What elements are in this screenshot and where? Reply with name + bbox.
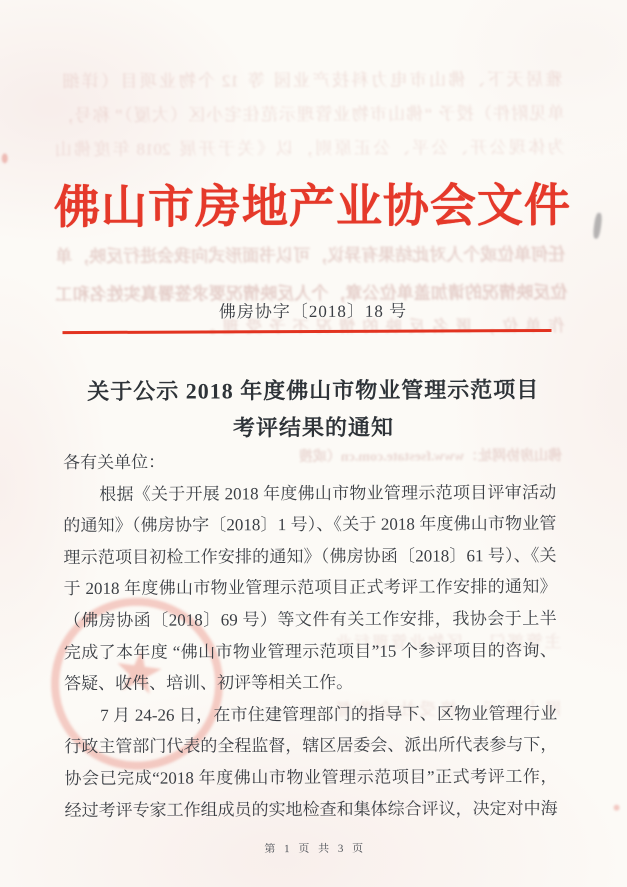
body-line: （佛房协函〔2018〕69 号）等文件有关工作安排，我协会于上半年 [64, 603, 557, 637]
body-line: 协会已完成“2018 年度佛山市物业管理示范项目”正式考评工作， [64, 761, 557, 795]
document-reference-number: 佛房协字〔2018〕18 号 [0, 299, 626, 326]
body-line: 完成了本年度 “佛山市物业管理示范项目”15 个参评项目的咨询、 [64, 635, 557, 669]
body-line: 行政主管部门代表的全程监督，辖区居委会、派出所代表参与下， [64, 729, 557, 763]
bleedthrough-line: 单见附件）授予 “佛山市物业管理示范住宅小区（大厦）” 称号， [57, 103, 565, 127]
body-line: 7 月 24-26 日，在市住建管理部门的指导下、区物业管理行业 [64, 698, 557, 732]
scan-speck-artifact [614, 805, 620, 811]
page-number-footer: 第 1 页 共 3 页 [2, 839, 627, 860]
red-separator-line [63, 329, 552, 334]
document-header-title: 佛山市房地产业协会文件 [0, 169, 626, 246]
document-title-line-1: 关于公示 2018 年度佛山市物业管理示范项目 [40, 371, 587, 410]
body-line: 理示范项目初检工作安排的通知》（佛房协函〔2018〕61 号）、《关 [63, 540, 556, 574]
body-text: 各有关单位：根据《关于开展 2018 年度佛山市物业管理示范项目评审活动的通知》… [63, 445, 558, 826]
document-title: 关于公示 2018 年度佛山市物业管理示范项目 考评结果的通知 [40, 371, 587, 447]
bleedthrough-line: 为体现公开、公平、公正原则，以《关于开展 2018 年度佛山 [55, 137, 565, 161]
scan-speck-artifact [2, 153, 8, 163]
body-line: 答疑、收件、培训、初评等相关工作。 [64, 666, 557, 700]
scanned-document-page: 雅居天下、佛山市电力科技产业园 等 12 个物业项目（详细单见附件）授予 “佛山… [0, 0, 627, 887]
body-line: 根据《关于开展 2018 年度佛山市物业管理示范项目评审活动 [63, 477, 556, 511]
bleedthrough-line: 雅居天下、佛山市电力科技产业园 等 12 个物业项目（详细 [62, 69, 562, 93]
body-line: 于 2018 年度佛山市物业管理示范项目正式考评工作安排的通知》 [64, 571, 557, 605]
body-line: 的通知》（佛房协字〔2018〕1 号）、《关于 2018 年度佛山市物业管 [63, 508, 556, 542]
bleedthrough-line: 任何单位或个人对此结果有异议，可以书面形式向我会进行反映，单 [57, 244, 565, 268]
document-title-line-2: 考评结果的通知 [40, 408, 587, 447]
body-line: 各有关单位： [63, 445, 556, 479]
body-line: 经过考评专家工作组成员的实地检查和集体综合评议，决定对中海 [65, 792, 558, 826]
